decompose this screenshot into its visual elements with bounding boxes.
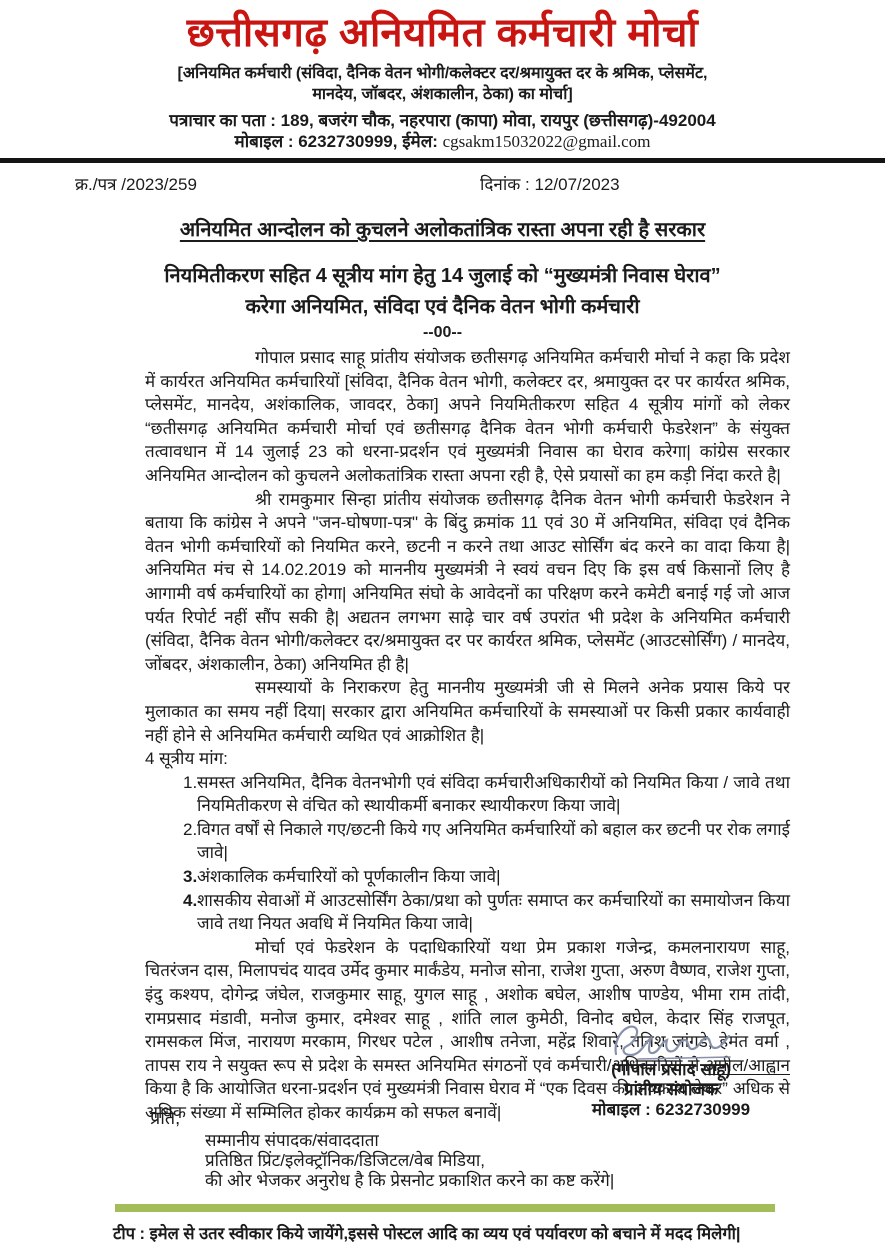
demand-text: समस्त अनियमित, दैनिक वेतनभोगी एवं संविदा…: [197, 773, 790, 816]
org-contact: मोबाइल : 6232730999, ईमेल: cgsakm1503202…: [0, 131, 885, 152]
demand-item: 1. समस्त अनियमित, दैनिक वेतनभोगी एवं संव…: [145, 771, 790, 818]
org-title: छत्तीसगढ़ अनियमित कर्मचारी मोर्चा: [0, 10, 885, 56]
demand-text: अंशकालिक कर्मचारियों को पूर्णकालीन किया …: [197, 867, 500, 886]
demand-item: 4. शासकीय सेवाओं में आउटसोर्सिंग ठेका/प्…: [145, 889, 790, 936]
signatory-designation: प्रांतीय संयोजक: [556, 1080, 786, 1100]
demand-number: 2.: [183, 818, 197, 842]
letter-body: गोपाल प्रसाद साहू प्रांतीय संयोजक छतीसगढ…: [145, 346, 790, 1125]
signatory-name: (गोपाल प्रसाद साहू): [556, 1060, 786, 1080]
signature-block: (गोपाल प्रसाद साहू) प्रांतीय संयोजक मोबा…: [556, 1018, 786, 1120]
cc-line: प्रतिष्ठित प्रिंट/इलेक्ट्रॉनिक/डिजिटल/वे…: [205, 1151, 614, 1171]
org-subtitle-line1: [अनियमित कर्मचारी (संविदा, दैनिक वेतन भो…: [0, 63, 885, 84]
demand-text: विगत वर्षों से निकाले गए/छटनी किये गए अन…: [197, 820, 790, 863]
org-subtitle-line2: मानदेय, जॉबदर, अंशकालीन, ठेका) का मोर्चा…: [0, 84, 885, 105]
footer-accent-bar: [115, 1204, 775, 1212]
letter-number: क्र./पत्र /2023/259: [75, 172, 197, 195]
demand-number: 4.: [183, 889, 197, 913]
footer-note: टीप : इमेल से उतर स्वीकार किये जायेंगे,इ…: [113, 1221, 741, 1244]
header-divider-rule: [0, 158, 885, 163]
subheadline: नियमितीकरण सहित 4 सूत्रीय मांग हेतु 14 ज…: [0, 261, 885, 323]
org-mobile-label: मोबाइल : 6232730999, ईमेल:: [235, 132, 443, 151]
cc-line: की ओर भेजकर अनुरोध है कि प्रेसनोट प्रकाश…: [205, 1171, 614, 1191]
handwritten-signature-image: [606, 1018, 736, 1062]
demand-item: 3. अंशकालिक कर्मचारियों को पूर्णकालीन कि…: [145, 865, 790, 889]
letter-page: छत्तीसगढ़ अनियमित कर्मचारी मोर्चा [अनियम…: [0, 0, 885, 1256]
demand-number: 3.: [183, 865, 197, 889]
letter-date: दिनांक : 12/07/2023: [480, 172, 620, 195]
demand-item: 2. विगत वर्षों से निकाले गए/छटनी किये गए…: [145, 818, 790, 865]
body-paragraph: समस्यायों के निराकरण हेतु माननीय मुख्यमं…: [145, 676, 790, 747]
org-address: पत्राचार का पता : 189, बजरंग चौक, नहरपार…: [0, 110, 885, 131]
cc-label: प्रति,: [150, 1106, 180, 1130]
reference-row: क्र./पत्र /2023/259 दिनांक : 12/07/2023: [0, 172, 885, 198]
headline-text: अनियमित आन्दोलन को कुचलने अलोकतांत्रिक र…: [180, 219, 705, 241]
section-separator: --00--: [0, 324, 885, 342]
org-subtitle: [अनियमित कर्मचारी (संविदा, दैनिक वेतन भो…: [0, 63, 885, 105]
subheadline-line2: करेगा अनियमित, संविदा एवं दैनिक वेतन भोग…: [0, 292, 885, 323]
signatory-mobile: मोबाइल : 6232730999: [556, 1100, 786, 1120]
demands-heading: 4 सूत्रीय मांग:: [145, 747, 790, 771]
org-email: cgsakm15032022@gmail.com: [443, 132, 651, 151]
body-paragraph: श्री रामकुमार सिन्हा प्रांतीय संयोजक छती…: [145, 488, 790, 677]
demand-text: शासकीय सेवाओं में आउटसोर्सिंग ठेका/प्रथा…: [197, 891, 790, 934]
subheadline-line1: नियमितीकरण सहित 4 सूत्रीय मांग हेतु 14 ज…: [0, 261, 885, 292]
headline: अनियमित आन्दोलन को कुचलने अलोकतांत्रिक र…: [0, 215, 885, 242]
demand-number: 1.: [183, 771, 197, 795]
letterhead: छत्तीसगढ़ अनियमित कर्मचारी मोर्चा [अनियम…: [0, 0, 885, 152]
cc-lines: सम्मानीय संपादक/संवाददाता प्रतिष्ठित प्र…: [205, 1131, 614, 1190]
cc-line: सम्मानीय संपादक/संवाददाता: [205, 1131, 614, 1151]
body-paragraph: गोपाल प्रसाद साहू प्रांतीय संयोजक छतीसगढ…: [145, 346, 790, 488]
